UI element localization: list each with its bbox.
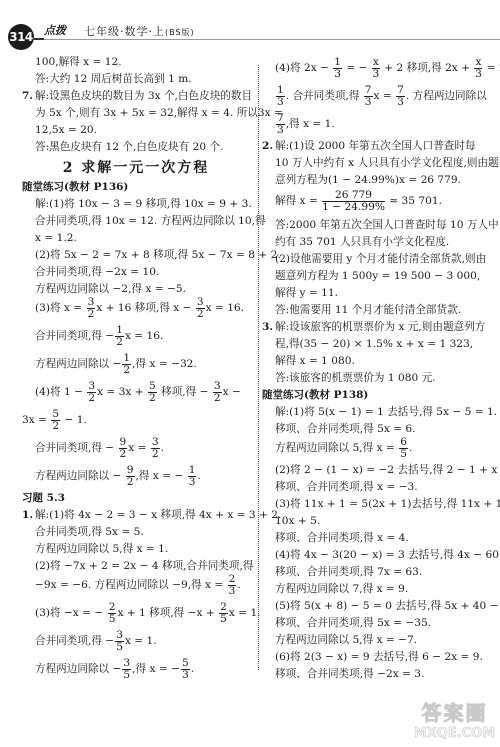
practice-heading: 随堂练习(教材 P138) xyxy=(262,389,492,402)
question-1: 1.解:(1)将 4x − 2 = 3 − x 移项,得 4x + x = 3 … xyxy=(22,509,250,522)
solution-line: (5)将 5(x + 8) − 5 = 0 去括号,得 5x + 40 − 5 … xyxy=(262,600,492,613)
answer-line: 答:大约 12 周后树苗长高到 1 m. xyxy=(22,73,250,86)
practice-heading: 随堂练习(教材 P136) xyxy=(22,181,250,194)
answer-line: 答:2000 年第五次全国人口普查时每 10 万人中 xyxy=(262,219,492,232)
fraction: 53 xyxy=(181,658,190,681)
solution-line: 解:(1)将 10x − 3 = 9 移项,得 10x = 9 + 3. xyxy=(22,198,250,211)
answer-line: 答:黑色皮块有 12 个,白色皮块有 20 个. xyxy=(22,141,250,154)
fraction: 73 xyxy=(276,113,285,136)
solution-line: 方程两边同除以 5,得 x = 1. xyxy=(22,543,250,556)
fraction: 73 xyxy=(364,85,373,108)
solution-line: 合并同类项,得 −2x = 10. xyxy=(22,266,250,279)
fraction: 32 xyxy=(213,381,222,404)
right-column: (4)将 2x − 13 = − x3 + 2 移项,得 2x + x3 = 2… xyxy=(262,56,492,681)
solution-line: (2)将 5x − 2 = 7x + 8 移项,得 5x − 7x = 8 + … xyxy=(22,249,250,262)
text-line: 10 万人中约有 x 人只具有小学文化程度,则由题 xyxy=(262,157,492,170)
fraction: 32 xyxy=(151,437,160,460)
question-number: 2. xyxy=(262,140,273,153)
solution-line: 13. 合并同类项,得 73x = 73. 方程两边同除以 xyxy=(262,84,492,108)
fraction: 25 xyxy=(108,602,117,625)
answer-line: 约有 35 701 人只具有小学文化程度. xyxy=(262,236,492,249)
fraction: 65 xyxy=(399,437,408,460)
edition-label: (BS版) xyxy=(165,28,195,37)
solution-line: 3x = 52 − 1. xyxy=(22,408,250,432)
fraction: x3 xyxy=(474,57,482,80)
fraction: 13 xyxy=(276,85,285,108)
solution-line: 10x + 5. xyxy=(262,515,492,528)
solution-line: 方程两边同除以 7,得 x = 9. xyxy=(262,583,492,596)
solution-line: 移项、合并同类项,得 −2x = 3. xyxy=(262,668,492,681)
solution-line: 方程两边同除以 −2,得 x = −5. xyxy=(22,283,250,296)
text-line: 解:(1)将 4x − 2 = 3 − x 移项,得 4x + x = 3 + … xyxy=(35,509,281,521)
fraction: 52 xyxy=(148,381,157,404)
fraction: 35 xyxy=(115,630,124,653)
fraction: 32 xyxy=(87,297,96,320)
column-divider xyxy=(258,65,259,670)
solution-line: 合并同类项,得 10x = 12. 方程两边同除以 10,得 xyxy=(22,215,250,228)
text-line: (2)设他需要用 y 个月才能付清全部货款,则由 xyxy=(262,253,492,266)
solution-line: 合并同类项,得 −35x = 1. xyxy=(22,629,250,653)
header-rule xyxy=(34,39,500,40)
watermark-text: 答案圈 xyxy=(412,697,497,726)
solution-line: 解:(1)将 5(x − 1) = 1 去括号,得 5x − 5 = 1. xyxy=(262,406,492,419)
solution-line: (3)将 11x + 1 = 5(2x + 1)去括号,得 11x + 1 = xyxy=(262,498,492,511)
fraction: 12 xyxy=(115,325,124,348)
question-3: 3.解:设该旅客的机票票价为 x 元,则由题意列方 xyxy=(262,321,492,334)
question-number: 1. xyxy=(22,509,33,522)
solution-line: (4)将 2x − 13 = − x3 + 2 移项,得 2x + x3 = 2… xyxy=(262,56,492,80)
solution-line: (6)将 2(3 − x) = 9 去括号,得 6 − 2x = 9. xyxy=(262,651,492,664)
text-line: 题意列方程为 1 500y = 19 500 − 3 000, xyxy=(262,270,492,283)
fraction: 73 xyxy=(396,85,405,108)
solution-line: 合并同类项,得 −12x = 16. xyxy=(22,324,250,348)
solution-line: 解得 x = 26 7791 − 24.99% ≈ 35 701. xyxy=(262,187,492,215)
solution-line: (3)将 −x = − 25x + 1 移项,得 −x + 25x = 1. xyxy=(22,601,250,625)
brand-logo: 点拨 xyxy=(44,22,66,38)
solution-line: 方程两边同除以 − 92,得 x = − 13. xyxy=(22,464,250,488)
solution-line: 合并同类项,得 5x = 5. xyxy=(22,526,250,539)
solution-line: 方程两边同除以 −35,得 x = −53. xyxy=(22,657,250,681)
solution-line: 方程两边同除以 5,得 x = −7. xyxy=(262,634,492,647)
text-line: 解得 y = 11. xyxy=(262,287,492,300)
solution-line: 移项、合并同类项,得 x = 4. xyxy=(262,532,492,545)
left-column: 100,解得 x = 12. 答:大约 12 周后树苗长高到 1 m. 7.解:… xyxy=(22,56,250,681)
solution-line: (2)将 2 − (1 − x) = −2 去括号,得 2 − 1 + x = … xyxy=(262,464,492,477)
exercise-heading: 习题 5.3 xyxy=(22,492,250,505)
solution-line: 移项、合并同类项,得 5x = 6. xyxy=(262,423,492,436)
book-title-text: 七年级·数学·上 xyxy=(84,25,165,38)
text-line: 解得 x = 1 080. xyxy=(262,355,492,368)
watermark-logo: 答案圈 MXQE.COM xyxy=(412,697,497,745)
solution-line: 73,得 x = 1. xyxy=(262,112,492,136)
text-line: 程,得(35 − 20) × 1.5% x + x = 1 323, xyxy=(262,338,492,351)
fraction: 13 xyxy=(333,57,342,80)
fraction: 52 xyxy=(51,409,60,432)
solution-line: −9x = −6. 方程两边同除以 −9,得 x = 23. xyxy=(22,573,250,597)
text-line: 为 5x 个,则有 3x + 5x = 32,解得 x = 4. 所以3x = xyxy=(22,107,250,120)
solution-line: 移项、合并同类项,得 5x = −35. xyxy=(262,617,492,630)
section-title: 2 求解一元一次方程 xyxy=(22,162,250,175)
text-line: 100,解得 x = 12. xyxy=(22,56,250,69)
question-number: 7. xyxy=(22,90,33,103)
text-line: 解:(1)设 2000 年第五次全国人口普查时每 xyxy=(275,140,476,152)
fraction: 23 xyxy=(228,574,237,597)
solution-line: (4)将 1 − 32x = 3x + 52 移项,得 − 32x − xyxy=(22,380,250,404)
fraction: x3 xyxy=(372,57,380,80)
fraction: 12 xyxy=(122,353,131,376)
page-header: 314 点拨 七年级·数学·上(BS版) xyxy=(0,0,500,50)
question-2: 2.解:(1)设 2000 年第五次全国人口普查时每 xyxy=(262,140,492,153)
answer-line: 答:他需要用 11 个月才能付清全部货款. xyxy=(262,304,492,317)
fraction: 26 7791 − 24.99% xyxy=(322,190,385,213)
solution-line: 合并同类项,得 − 92x = 32. xyxy=(22,436,250,460)
question-7: 7.解:设黑色皮块的数目为 3x 个,白色皮块的数目 xyxy=(22,90,250,103)
solution-line: 移项、合并同类项,得 x = −3. xyxy=(262,481,492,494)
solution-line: 方程两边同除以 5,得 x = 65. xyxy=(262,436,492,460)
book-title: 七年级·数学·上(BS版) xyxy=(84,23,195,39)
solution-line: 方程两边同除以 −12,得 x = −32. xyxy=(22,352,250,376)
fraction: 92 xyxy=(126,465,135,488)
fraction: 32 xyxy=(196,297,205,320)
text-line: 12,5x = 20. xyxy=(22,124,250,137)
question-number: 3. xyxy=(262,321,273,334)
text-line: 解:设该旅客的机票票价为 x 元,则由题意列方 xyxy=(275,321,485,333)
solution-line: 移项、合并同类项,得 7x = 63. xyxy=(262,566,492,579)
solution-line: (2)将 −7x + 2 = 2x − 4 移项,合并同类项,得 xyxy=(22,560,250,573)
fraction: 92 xyxy=(119,437,128,460)
fraction: 32 xyxy=(87,381,96,404)
solution-line: x = 1.2. xyxy=(22,232,250,245)
page-number-badge: 314 xyxy=(8,24,34,50)
answer-line: 答:该旅客的机票票价为 1 080 元. xyxy=(262,372,492,385)
solution-line: (3)将 x = 32x + 16 移项,得 x − 32x = 16. xyxy=(22,296,250,320)
fraction: 35 xyxy=(122,658,131,681)
fraction: 25 xyxy=(219,602,228,625)
solution-line: (4)将 4x − 3(20 − x) = 3 去括号,得 4x − 60 + … xyxy=(262,549,492,562)
text-line: 解:设黑色皮块的数目为 3x 个,白色皮块的数目 xyxy=(35,90,252,102)
fraction: 13 xyxy=(188,465,197,488)
text-line: 意列方程为(1 − 24.99%)x = 26 779. xyxy=(262,174,492,187)
watermark-url: MXQE.COM xyxy=(412,726,497,741)
